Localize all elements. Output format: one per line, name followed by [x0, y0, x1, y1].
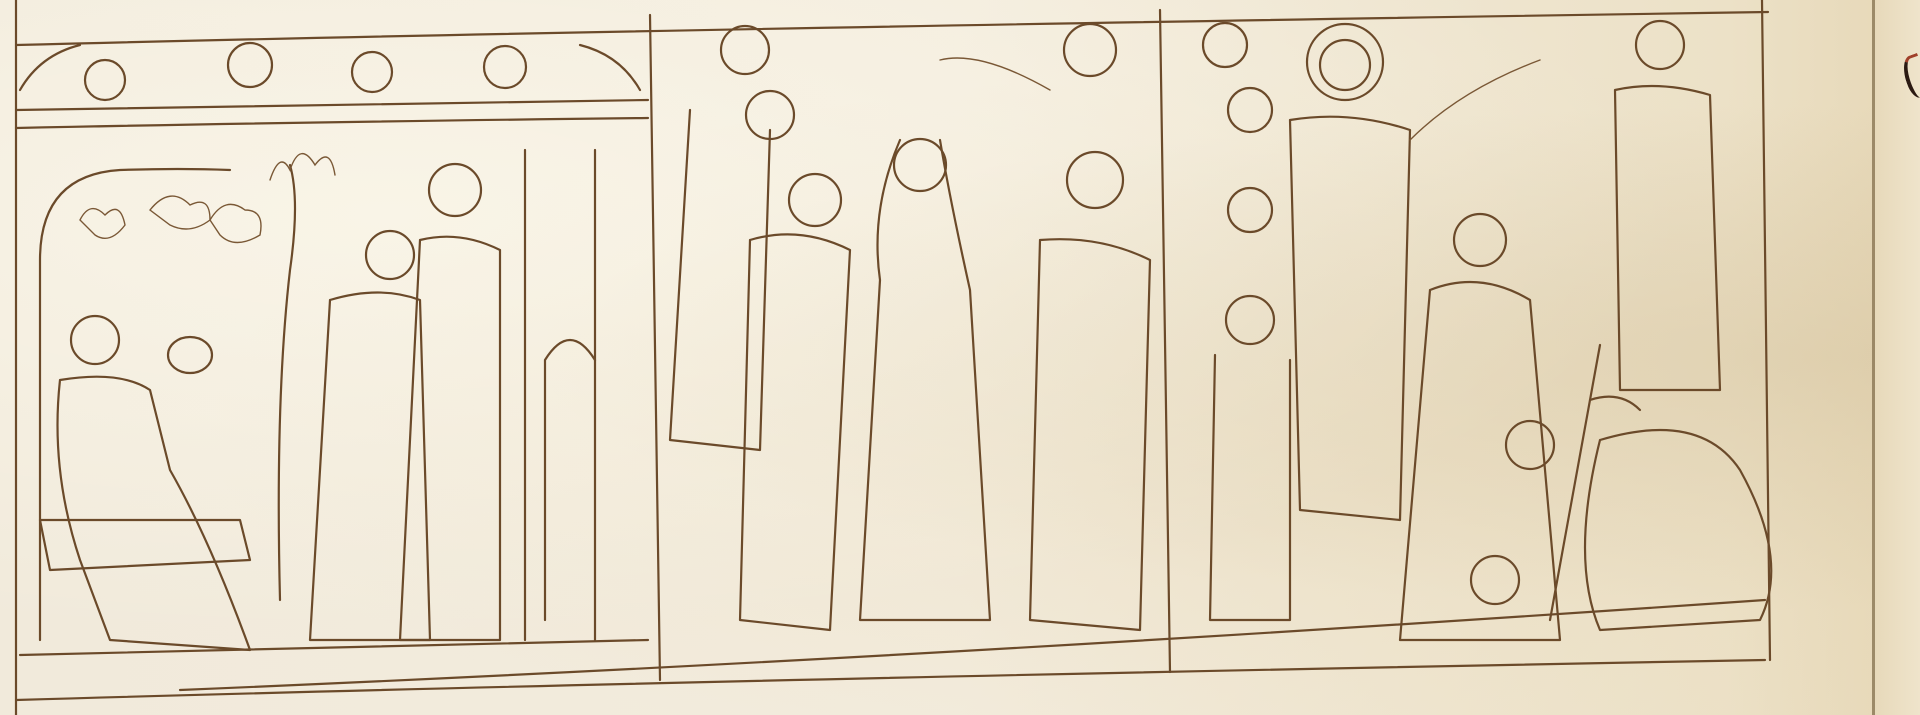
panel-frames	[16, 0, 1770, 715]
right-panel	[1203, 21, 1771, 640]
middle-panel	[670, 24, 1150, 630]
left-panel	[20, 43, 640, 650]
manuscript-drawing	[0, 0, 1920, 715]
